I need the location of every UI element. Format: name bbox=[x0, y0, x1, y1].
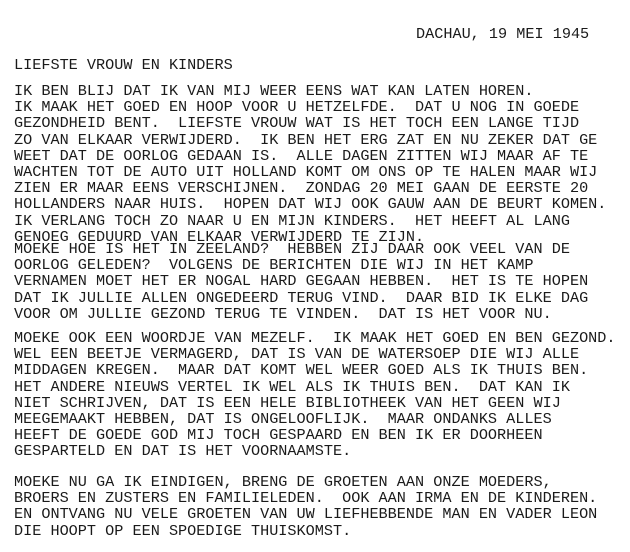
text-line: WEL EEN BEETJE VERMAGERD, DAT IS VAN DE … bbox=[14, 346, 616, 362]
paragraph-4: MOEKE NU GA IK EINDIGEN, BRENG DE GROETE… bbox=[14, 474, 597, 539]
text-line: HET ANDERE NIEUWS VERTEL IK WEL ALS IK T… bbox=[14, 379, 616, 395]
paragraph-1: IK BEN BLIJ DAT IK VAN MIJ WEER EENS WAT… bbox=[14, 83, 606, 245]
text-line: DIE HOOPT OP EEN SPOEDIGE THUISKOMST. bbox=[14, 523, 597, 539]
text-line: HOLLANDERS NAAR HUIS. HOPEN DAT WIJ OOK … bbox=[14, 196, 606, 212]
letter-salutation: LIEFSTE VROUW EN KINDERS bbox=[14, 57, 233, 73]
text-line: ZIEN ER MAAR EENS VERSCHIJNEN. ZONDAG 20… bbox=[14, 180, 606, 196]
text-line: DAT IK JULLIE ALLEN ONGEDEERD TERUG VIND… bbox=[14, 290, 588, 306]
text-line: MOEKE HOE IS HET IN ZEELAND? HEBBEN ZIJ … bbox=[14, 241, 588, 257]
text-line: IK MAAK HET GOED EN HOOP VOOR U HETZELFD… bbox=[14, 99, 606, 115]
text-line: HEEFT DE GOEDE GOD MIJ TOCH GESPAARD EN … bbox=[14, 427, 616, 443]
text-line: EN ONTVANG NU VELE GROETEN VAN UW LIEFHE… bbox=[14, 506, 597, 522]
text-line: WEET DAT DE OORLOG GEDAAN IS. ALLE DAGEN… bbox=[14, 148, 606, 164]
text-line: MOEKE OOK EEN WOORDJE VAN MEZELF. IK MAA… bbox=[14, 330, 616, 346]
text-line: MIDDAGEN KREGEN. MAAR DAT KOMT WEL WEER … bbox=[14, 362, 616, 378]
text-line: VERNAMEN MOET HET ER NOGAL HARD GEGAAN H… bbox=[14, 273, 588, 289]
text-line: GEZONDHEID BENT. LIEFSTE VROUW WAT IS HE… bbox=[14, 115, 606, 131]
text-line: NIET SCHRIJVEN, DAT IS EEN HELE BIBLIOTH… bbox=[14, 395, 616, 411]
paragraph-3: MOEKE OOK EEN WOORDJE VAN MEZELF. IK MAA… bbox=[14, 330, 616, 460]
letter-page: DACHAU, 19 MEI 1945 LIEFSTE VROUW EN KIN… bbox=[0, 0, 630, 552]
text-line: IK VERLANG TOCH ZO NAAR U EN MIJN KINDER… bbox=[14, 213, 606, 229]
text-line: VOOR OM JULLIE GEZOND TERUG TE VINDEN. D… bbox=[14, 306, 588, 322]
text-line: MEEGEMAAKT HEBBEN, DAT IS ONGELOOFLIJK. … bbox=[14, 411, 616, 427]
text-line: BROERS EN ZUSTERS EN FAMILIELEDEN. OOK A… bbox=[14, 490, 597, 506]
text-line: WACHTEN TOT DE AUTO UIT HOLLAND KOMT OM … bbox=[14, 164, 606, 180]
text-line: MOEKE NU GA IK EINDIGEN, BRENG DE GROETE… bbox=[14, 474, 597, 490]
text-line: IK BEN BLIJ DAT IK VAN MIJ WEER EENS WAT… bbox=[14, 83, 606, 99]
text-line: ZO VAN ELKAAR VERWIJDERD. IK BEN HET ERG… bbox=[14, 132, 606, 148]
text-line: GESPARTELD EN DAT IS HET VOORNAAMSTE. bbox=[14, 443, 616, 459]
paragraph-2: MOEKE HOE IS HET IN ZEELAND? HEBBEN ZIJ … bbox=[14, 241, 588, 322]
text-line: OORLOG GELEDEN? VOLGENS DE BERICHTEN DIE… bbox=[14, 257, 588, 273]
letter-date: DACHAU, 19 MEI 1945 bbox=[416, 26, 589, 42]
